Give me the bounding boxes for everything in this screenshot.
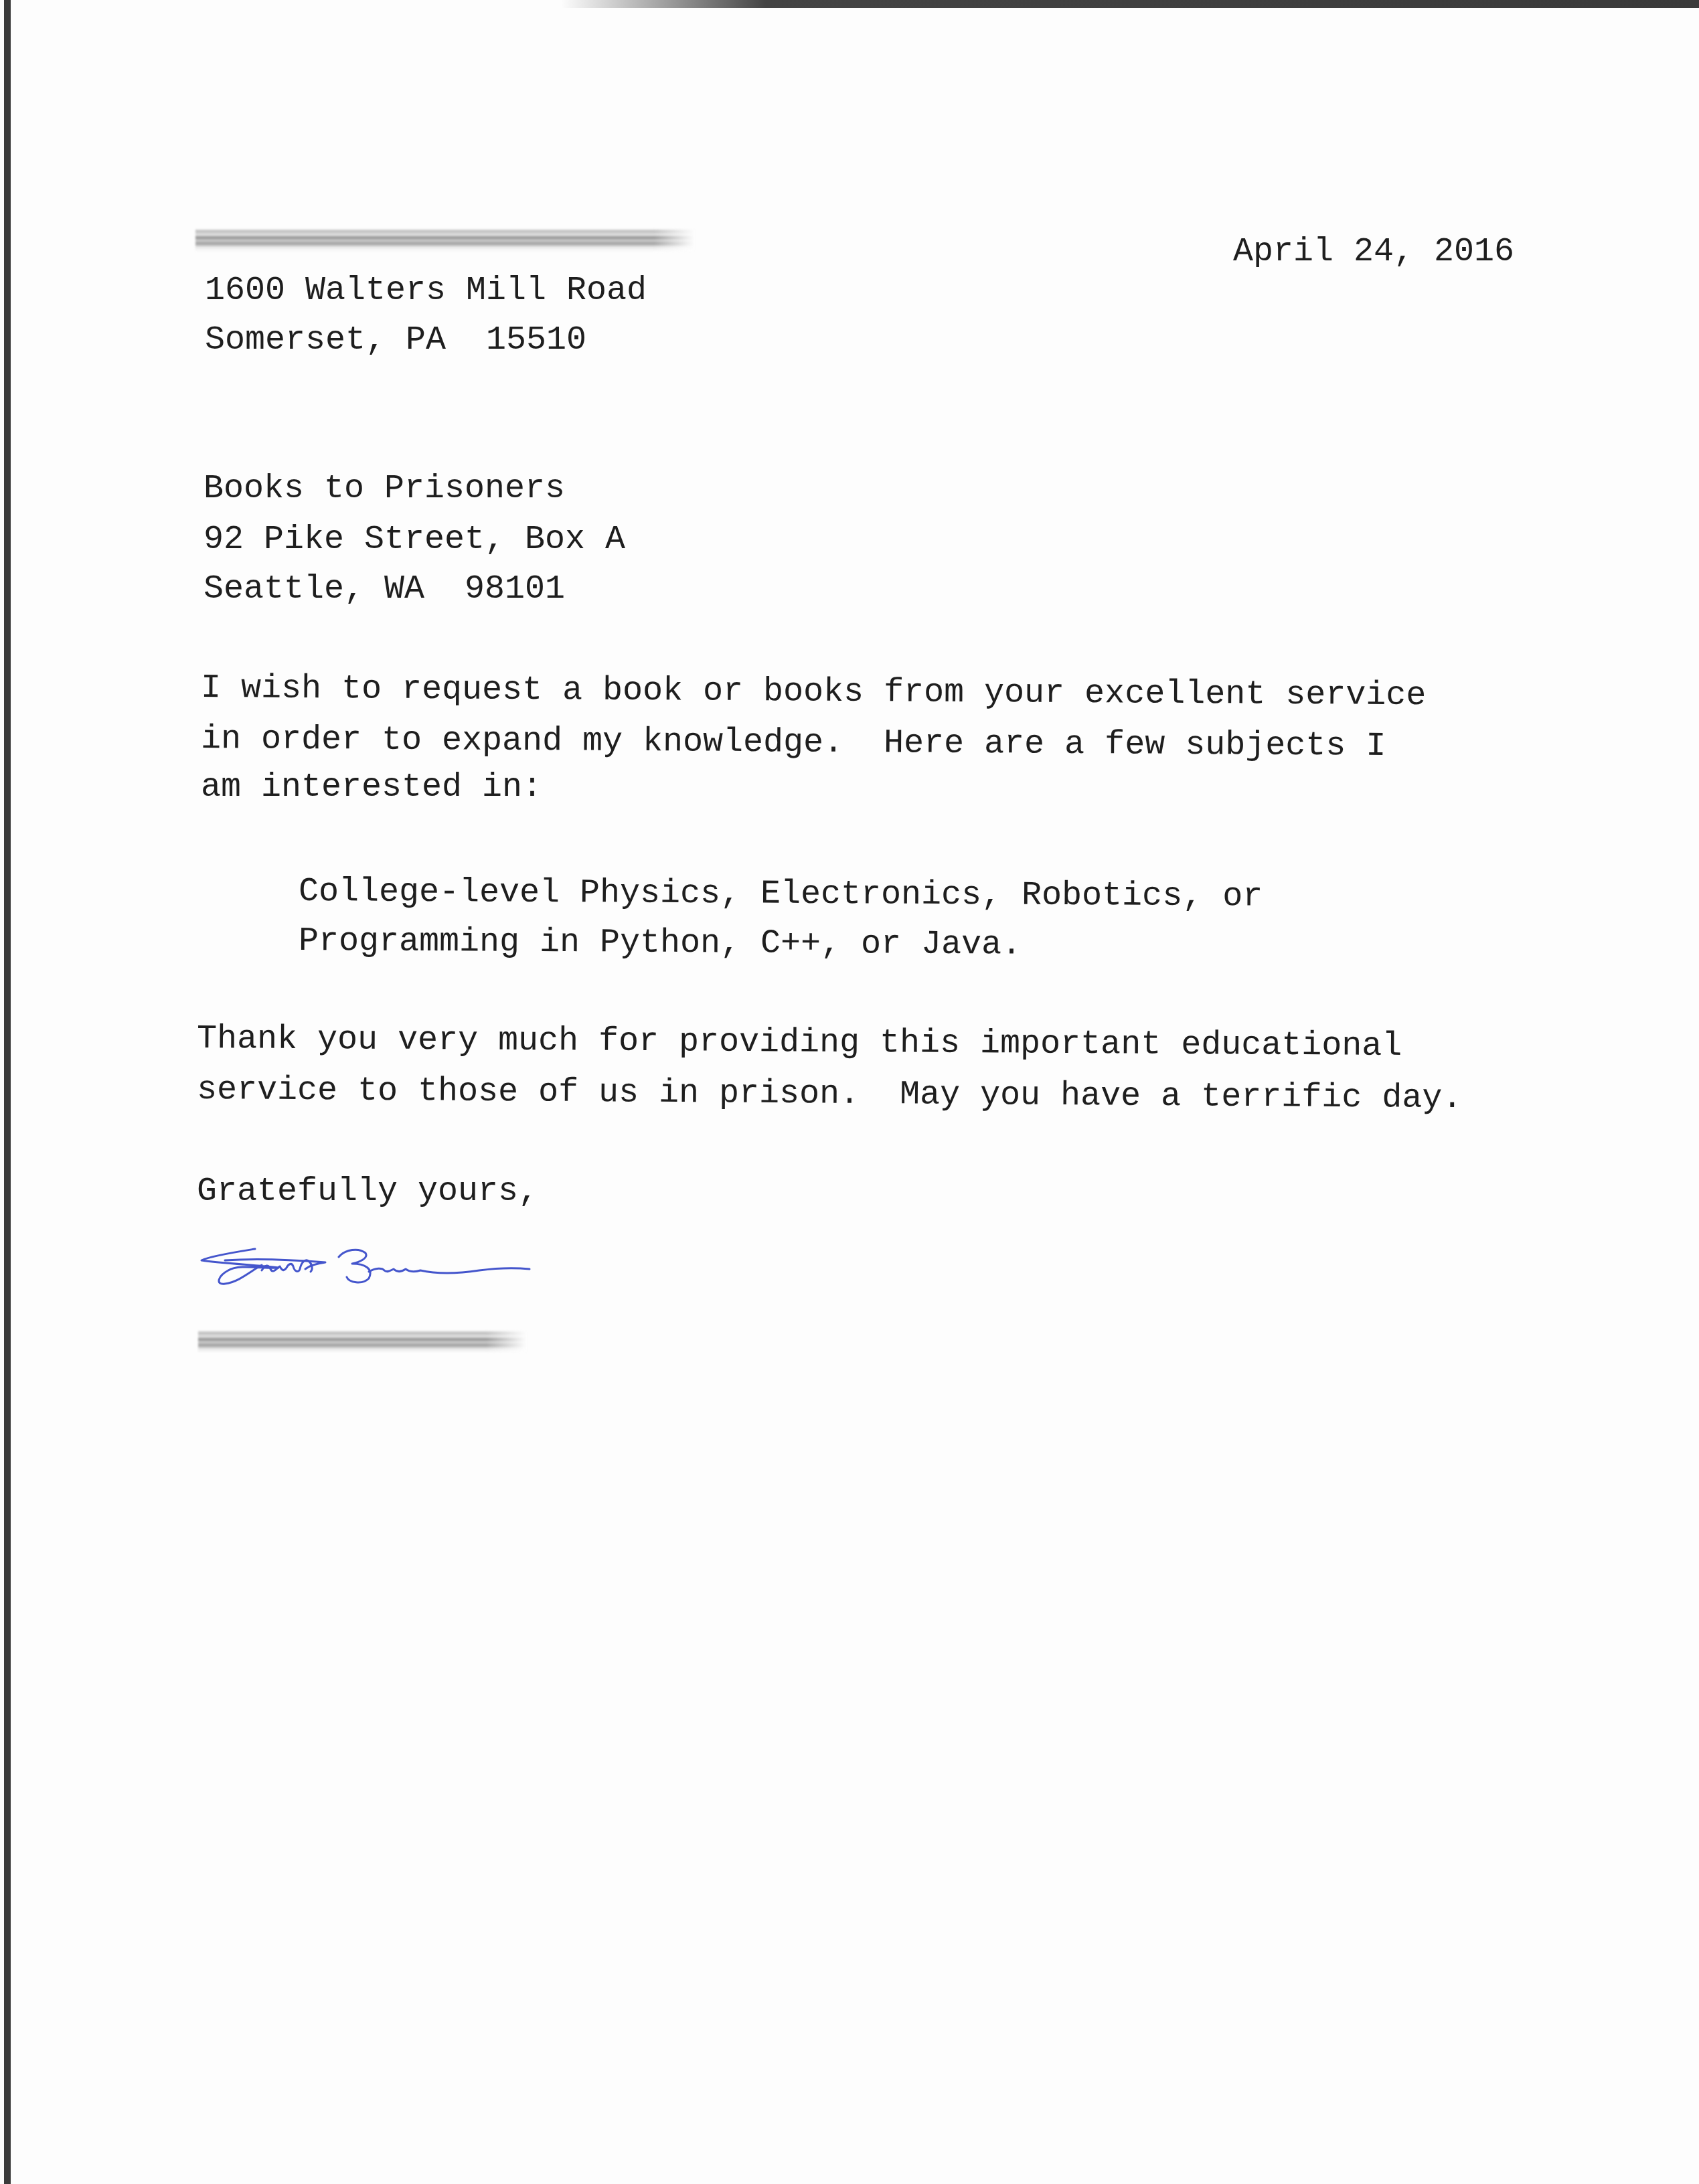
recipient-line: 92 Pike Street, Box A bbox=[204, 523, 625, 557]
sender-address-line: Somerset, PA 15510 bbox=[205, 324, 586, 357]
body-line: I wish to request a book or books from y… bbox=[201, 672, 1427, 713]
closing-salutation: Gratefully yours, bbox=[197, 1175, 538, 1209]
scan-edge-left bbox=[4, 0, 11, 2184]
sender-address-line: 1600 Walters Mill Road bbox=[205, 274, 647, 308]
letter-date: April 24, 2016 bbox=[1233, 236, 1514, 269]
sender-name-redaction bbox=[195, 229, 694, 252]
recipient-line: Seattle, WA 98101 bbox=[204, 573, 565, 606]
body-line: Thank you very much for providing this i… bbox=[197, 1023, 1402, 1064]
subjects-line: Programming in Python, C++, or Java. bbox=[299, 925, 1022, 962]
printed-name-redaction bbox=[198, 1331, 526, 1352]
scan-edge-top bbox=[561, 0, 1699, 8]
recipient-line: Books to Prisoners bbox=[204, 473, 565, 506]
body-line: am interested in: bbox=[201, 771, 542, 805]
body-line: service to those of us in prison. May yo… bbox=[197, 1074, 1463, 1116]
subjects-line: College-level Physics, Electronics, Robo… bbox=[299, 875, 1263, 914]
body-line: in order to expand my knowledge. Here ar… bbox=[201, 723, 1386, 764]
handwritten-signature bbox=[198, 1244, 627, 1297]
